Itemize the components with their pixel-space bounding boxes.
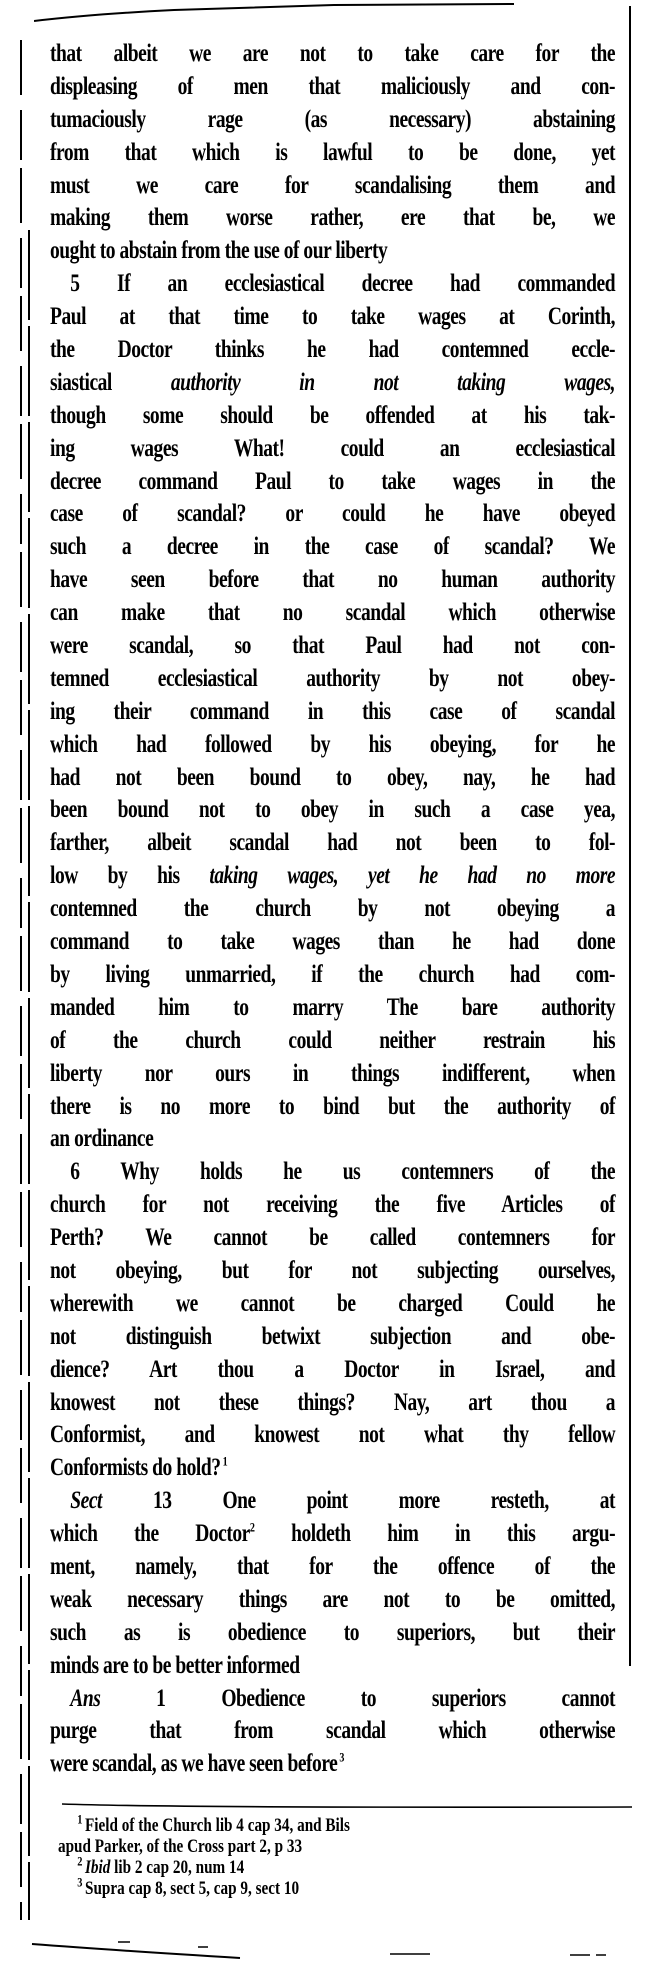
footnote: apud Parker, of the Cross part 2, p 33 [58, 1836, 514, 1857]
text-line: church for not receiving the five Articl… [50, 1189, 615, 1222]
text-line: temned ecclesiastical authority by not o… [50, 663, 615, 696]
text-line: weak necessary things are not to be omit… [50, 1584, 615, 1617]
text-line: Perth? We cannot be called contemners fo… [50, 1222, 615, 1255]
italic-label: Ans [70, 1685, 100, 1712]
text-line: though some should be offended at his ta… [50, 400, 615, 433]
italic-phrase: taking wages, yet he had no more [209, 862, 615, 889]
bottom-border-rule [30, 1938, 630, 1963]
text-line: 5 If an ecclesiastical decree had comman… [50, 268, 615, 301]
text-line: minds are to be better informed [50, 1650, 615, 1683]
text-line: purge that from scandal which otherwise [50, 1715, 615, 1748]
text-line: that albeit we are not to take care for … [50, 38, 615, 71]
text-line: such as is obedience to superiors, but t… [50, 1617, 615, 1650]
text-line: Sect 13 One point more resteth, at [50, 1485, 615, 1518]
footnote-text: apud Parker, of the Cross part 2, p 33 [58, 1836, 302, 1857]
italic-phrase: authority in not taking wages, [171, 369, 615, 396]
text-line: case of scandal? or could he have obeyed [50, 498, 615, 531]
text-line: decree command Paul to take wages in the [50, 466, 615, 499]
text-line: farther, albeit scandal had not been to … [50, 827, 615, 860]
text-line: which the Doctor2 holdeth him in this ar… [50, 1518, 615, 1551]
footnote-separator-rule [62, 1803, 632, 1809]
text-line: tumaciously rage (as necessary) abstaini… [50, 104, 615, 137]
text-line: Conformists do hold? 1 [50, 1452, 615, 1485]
text-line: Paul at that time to take wages at Corin… [50, 301, 615, 334]
text-line: Conformist, and knowest not what thy fel… [50, 1419, 615, 1452]
text-line: siastical authority in not taking wages, [50, 367, 615, 400]
footnote-list: 1 Field of the Church lib 4 cap 34, and … [58, 1815, 628, 1899]
right-border-rule [629, 6, 631, 1666]
italic-label: Ibid [85, 1857, 110, 1878]
text-line: must we care for scandalising them and [50, 170, 615, 203]
footnote: 3 Supra cap 8, sect 5, cap 9, sect 10 [58, 1878, 514, 1899]
text-line: there is no more to bind but the authori… [50, 1091, 615, 1124]
italic-label: Sect [70, 1487, 102, 1514]
text-line: ought to abstain from the use of our lib… [50, 235, 615, 268]
left-border-rule-inner [28, 230, 30, 1920]
text-line: manded him to marry The bare authority [50, 992, 615, 1025]
text-line: were scandal, so that Paul had not con- [50, 630, 615, 663]
text-line: an ordinance [50, 1123, 615, 1156]
text-line: liberty nor ours in things indifferent, … [50, 1058, 615, 1091]
text-line: not distinguish betwixt subjection and o… [50, 1321, 615, 1354]
text-line: dience? Art thou a Doctor in Israel, and [50, 1354, 615, 1387]
text-line: by living unmarried, if the church had c… [50, 959, 615, 992]
footnote: 2 Ibid lib 2 cap 20, num 14 [58, 1857, 514, 1878]
text-line: command to take wages than he had done [50, 926, 615, 959]
footnote-marker: 3 [77, 1875, 85, 1890]
text-line: Ans 1 Obedience to superiors cannot [50, 1683, 615, 1716]
text-line: of the church could neither restrain his [50, 1025, 615, 1058]
body-text: that albeit we are not to take care for … [50, 38, 616, 1781]
footnote-reference[interactable]: 2 [250, 1520, 255, 1535]
text-line: knowest not these things? Nay, art thou … [50, 1387, 615, 1420]
footnote-marker: 1 [77, 1812, 85, 1827]
text-line: contemned the church by not obeying a [50, 893, 615, 926]
text-line: ment, namely, that for the offence of th… [50, 1551, 615, 1584]
footnote-marker: 2 [77, 1854, 85, 1869]
text-line: 6 Why holds he us contemners of the [50, 1156, 615, 1189]
footnote-text: Supra cap 8, sect 5, cap 9, sect 10 [85, 1878, 299, 1899]
footnote-text: Field of the Church lib 4 cap 34, and Bi… [85, 1815, 350, 1836]
text-line: displeasing of men that maliciously and … [50, 71, 615, 104]
footnote: 1 Field of the Church lib 4 cap 34, and … [58, 1815, 514, 1836]
text-line: the Doctor thinks he had contemned eccle… [50, 334, 615, 367]
text-line: not obeying, but for not subjecting ours… [50, 1255, 615, 1288]
footnote-reference[interactable]: 1 [221, 1454, 228, 1469]
left-border-rule-outer [20, 40, 22, 1920]
text-line: were scandal, as we have seen before 3 [50, 1748, 615, 1781]
text-line: been bound not to obey in such a case ye… [50, 794, 615, 827]
text-line: ing wages What! could an ecclesiastical [50, 433, 615, 466]
text-line: which had followed by his obeying, for h… [50, 729, 615, 762]
text-line: had not been bound to obey, nay, he had [50, 762, 615, 795]
text-line: wherewith we cannot be charged Could he [50, 1288, 615, 1321]
text-line: making them worse rather, ere that be, w… [50, 202, 615, 235]
text-line: low by his taking wages, yet he had no m… [50, 860, 615, 893]
text-line: such a decree in the case of scandal? We [50, 531, 615, 564]
footnote-reference[interactable]: 3 [337, 1750, 344, 1765]
top-border-rule [34, 2, 514, 22]
text-line: from that which is lawful to be done, ye… [50, 137, 615, 170]
text-line: can make that no scandal which otherwise [50, 597, 615, 630]
text-line: have seen before that no human authority [50, 564, 615, 597]
footnotes: 1 Field of the Church lib 4 cap 34, and … [58, 1815, 628, 1899]
document-page: that albeit we are not to take care for … [50, 38, 616, 1781]
text-line: ing their command in this case of scanda… [50, 696, 615, 729]
